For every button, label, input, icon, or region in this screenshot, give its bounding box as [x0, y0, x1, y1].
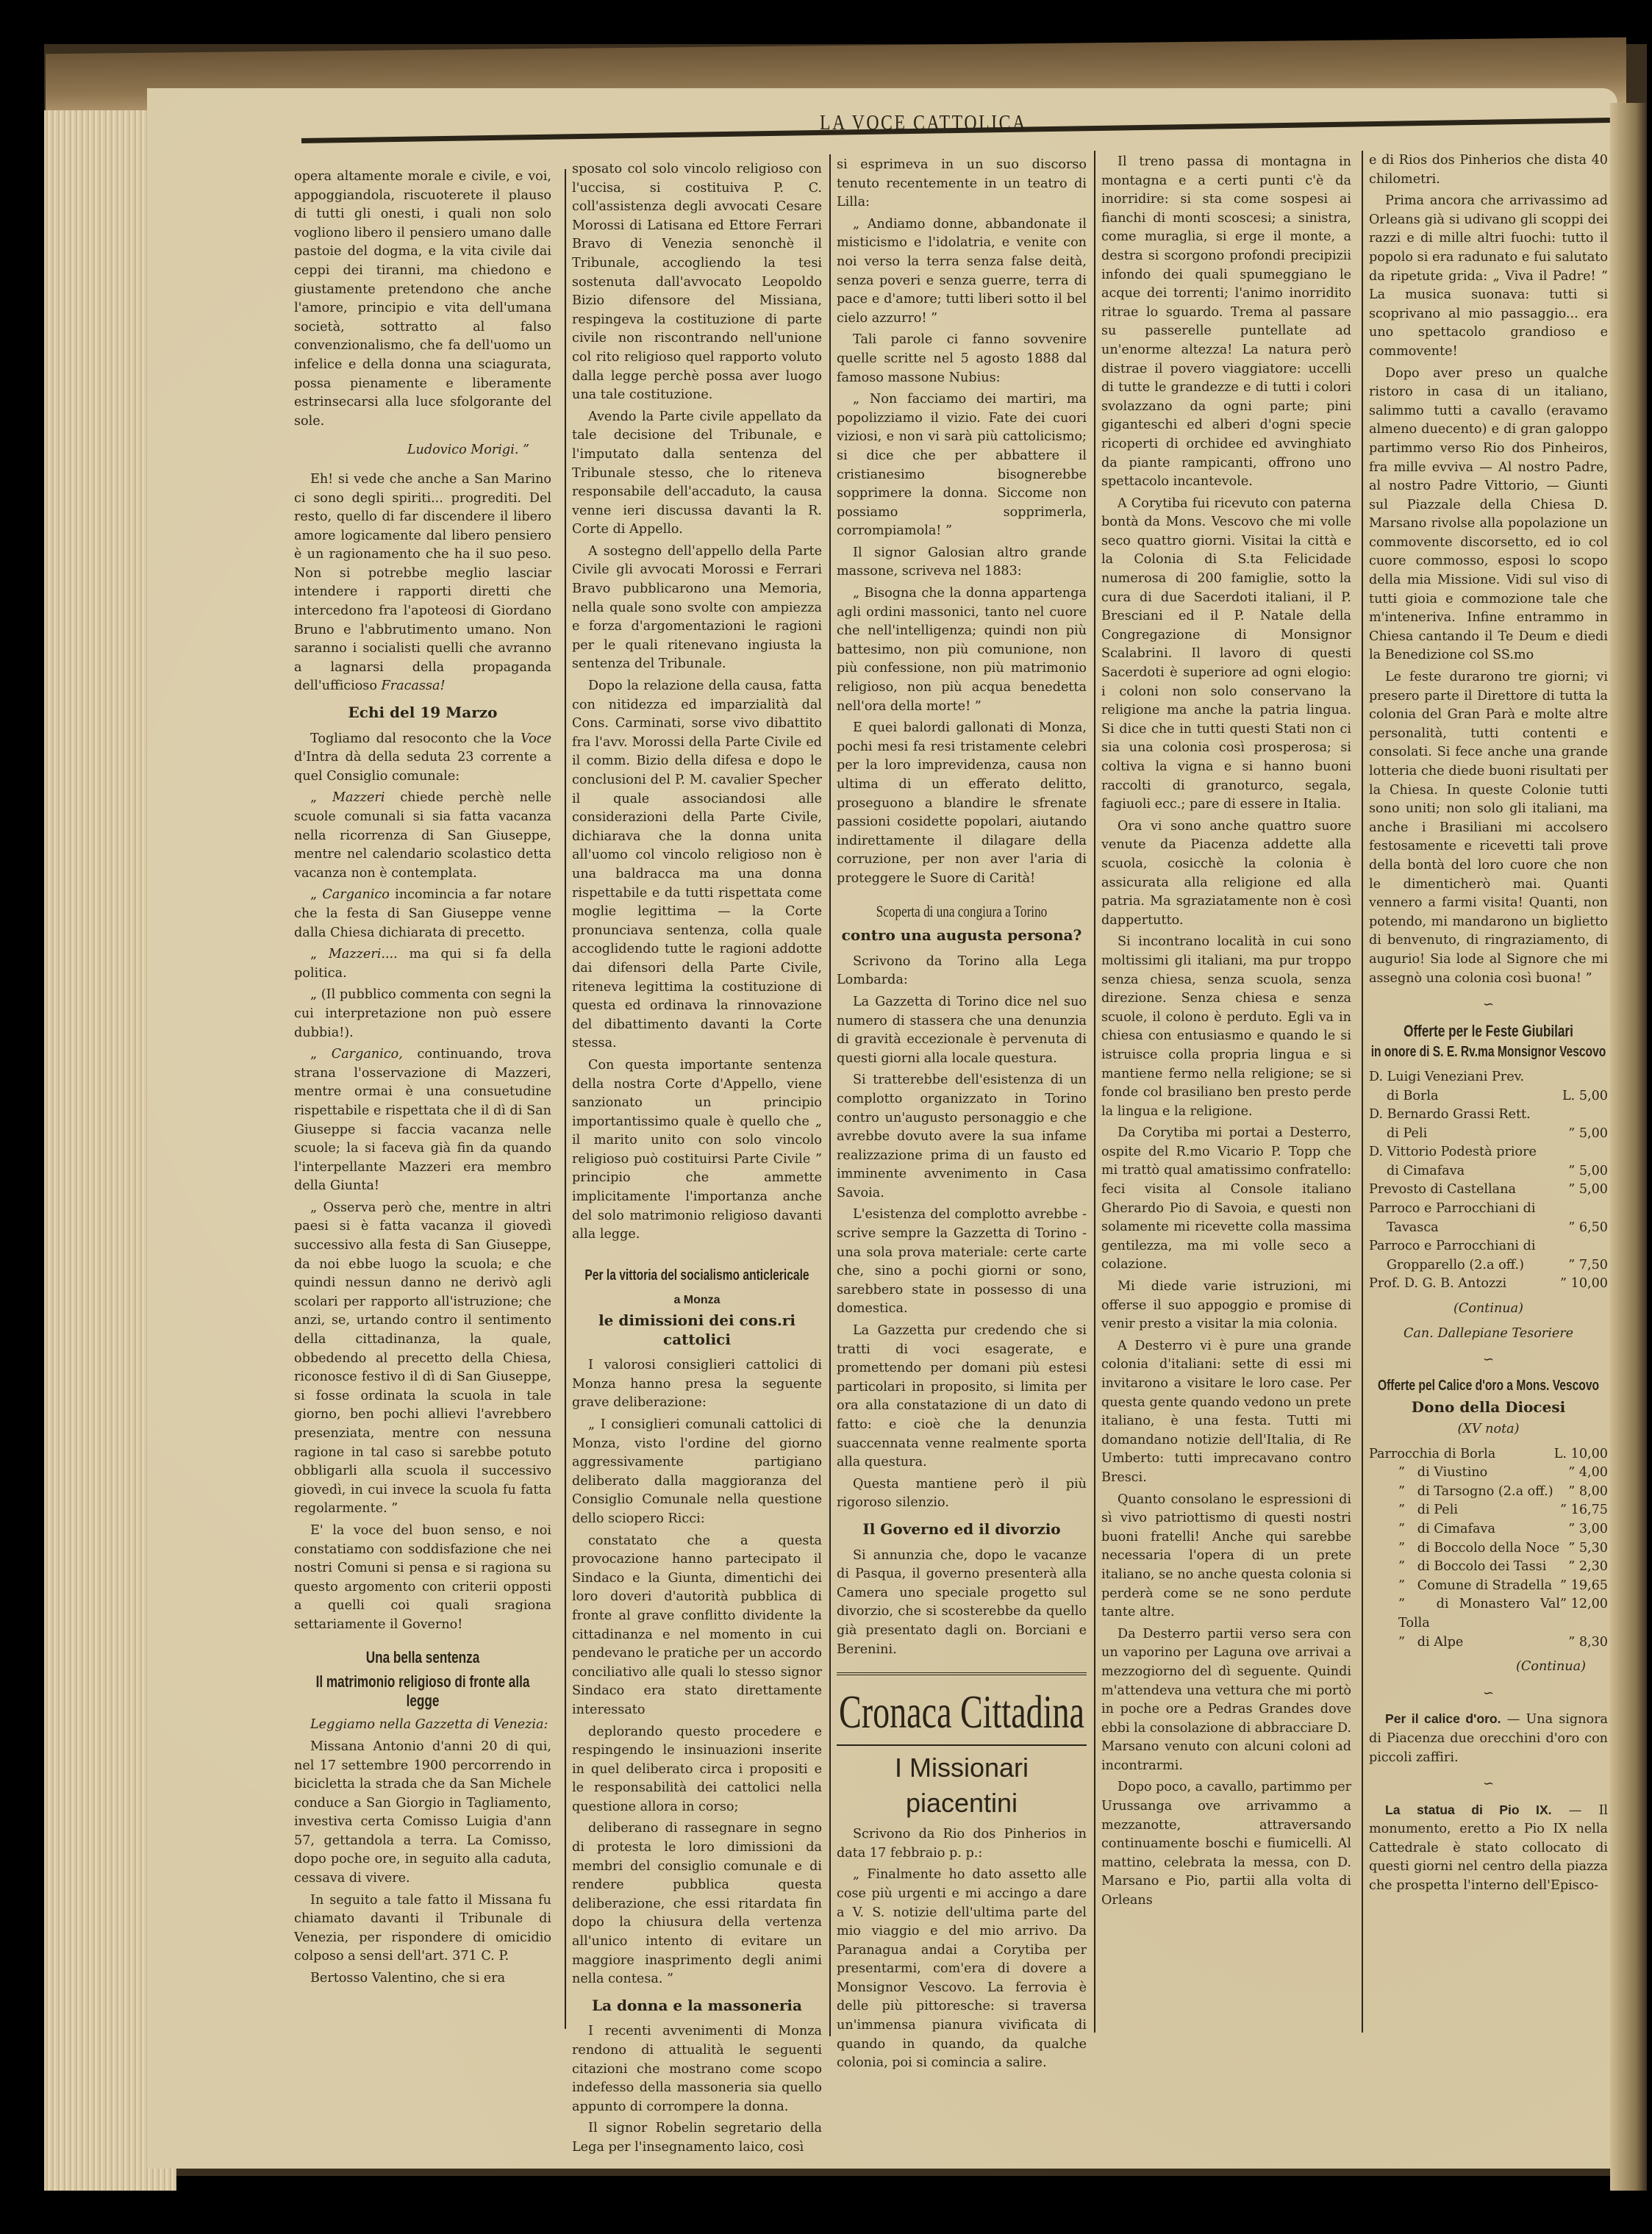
- heading-missionari-piacentini: I Missionari piacentini: [837, 1750, 1087, 1821]
- offerte-calice-list: Parrocchia di BorlaL. 10,00 ” di Viustin…: [1369, 1445, 1608, 1653]
- article-paragraph: Avendo la Parte civile appellato da tale…: [572, 408, 822, 540]
- article-paragraph: Dopo poco, a cavallo, partimmo per Uruss…: [1101, 1778, 1351, 1910]
- column-4: Il treno passa di montagna in montagna e…: [1101, 153, 1351, 1913]
- continua-label: (Continua): [1369, 1658, 1586, 1677]
- section-title-cronaca-cittadina: Cronaca Cittadina: [829, 1683, 1094, 1741]
- article-paragraph: Leggiamo nella Gazzetta di Venezia:: [294, 1716, 551, 1735]
- quote-paragraph: „ Bisogna che la donna appartenga agli o…: [837, 584, 1087, 716]
- article-paragraph: Scrivono da Torino alla Lega Lombarda:: [837, 953, 1087, 990]
- ornament-icon: ∽: [1369, 1775, 1608, 1794]
- article-paragraph: Le feste durarono tre giorni; vi presero…: [1369, 668, 1608, 988]
- article-paragraph: Quanto consolano le espressioni di sì vi…: [1101, 1491, 1351, 1622]
- column-divider: [1362, 151, 1363, 2033]
- article-paragraph: Il signor Galosian altro grande massone,…: [837, 544, 1087, 581]
- tesoriere-signature: Can. Dallepiane Tesoriere: [1369, 1325, 1608, 1344]
- list-item: Parroco e Parrocchiani diGropparello (2.…: [1369, 1237, 1608, 1275]
- column-3: si esprimeva in un suo discorso tenuto r…: [837, 156, 1087, 2076]
- article-paragraph: constatato che a questa provocazione han…: [572, 1532, 822, 1720]
- article-paragraph: Il signor Robelin segretario della Lega …: [572, 2119, 822, 2157]
- article-paragraph: Togliamo dal resoconto che la Voce d'Int…: [294, 730, 551, 787]
- masthead: LA VOCE CATTOLICA: [301, 103, 1610, 147]
- quote-paragraph: „ Mazzeri.... ma qui si fa della politic…: [294, 945, 551, 983]
- quote-paragraph: „ Osserva però che, mentre in altri paes…: [294, 1199, 551, 1519]
- article-paragraph: Questa mantiene però il più rigoroso sil…: [837, 1475, 1087, 1513]
- heading-dimissioni: le dimissioni dei cons.ri cattolici: [572, 1311, 822, 1349]
- column-divider: [1094, 151, 1095, 2033]
- article-paragraph: Il treno passa di montagna in montagna e…: [1101, 153, 1351, 492]
- heading-a-monza: a Monza: [572, 1291, 822, 1310]
- heading-una-bella-sentenza: Una bella sentenza: [299, 1648, 546, 1667]
- article-paragraph: Missana Antonio d'anni 20 di qui, nel 17…: [294, 1738, 551, 1888]
- article-paragraph: I valorosi consiglieri cattolici di Monz…: [572, 1356, 822, 1413]
- list-item: Parroco e Parrocchiani diTavasca” 6,50: [1369, 1200, 1608, 1237]
- list-item: Parrocchia di BorlaL. 10,00: [1369, 1445, 1608, 1464]
- list-item: D. Vittorio Podestà prioredi Cimafava” 5…: [1369, 1143, 1608, 1181]
- article-paragraph: Eh! si vede che anche a San Marino ci so…: [294, 470, 551, 696]
- heading-donna-massoneria: La donna e la massoneria: [572, 1997, 822, 2016]
- list-item: Prof. D. G. B. Antozzi” 10,00: [1369, 1275, 1608, 1294]
- list-item: D. Bernardo Grassi Rett.di Peli” 5,00: [1369, 1106, 1608, 1143]
- article-paragraph: In seguito a tale fatto il Missana fu ch…: [294, 1891, 551, 1966]
- article-paragraph: opera altamente morale e civile, e voi, …: [294, 168, 551, 431]
- list-item: ” di Peli” 16,75: [1369, 1501, 1608, 1520]
- heading-governo-divorzio: Il Governo ed il divorzio: [837, 1520, 1087, 1539]
- article-paragraph: Dopo la relazione della causa, fatta con…: [572, 677, 822, 1053]
- list-item: ” di Monastero Val Tolla” 12,00: [1369, 1595, 1608, 1633]
- heading-in-onore: in onore di S. E. Rv.ma Monsignor Vescov…: [1367, 1043, 1611, 1062]
- article-paragraph: Si incontrano località in cui sono molti…: [1101, 933, 1351, 1121]
- heading-augusta-persona: contro una augusta persona?: [837, 926, 1087, 945]
- article-paragraph: Tali parole ci fanno sovvenire quelle sc…: [837, 331, 1087, 387]
- list-item: ” di Cimafava” 3,00: [1369, 1520, 1608, 1539]
- heading-scoperta-congiura: Scoperta di una congiura a Torino: [841, 902, 1082, 921]
- article-paragraph: Scrivono da Rio dos Pinherios in data 17…: [837, 1825, 1087, 1863]
- page-curl: [1610, 103, 1647, 2191]
- column-divider: [829, 154, 831, 2036]
- quote-paragraph: „ Non facciamo dei martiri, ma popolizzi…: [837, 390, 1087, 541]
- ornament-icon: ∽: [1369, 1350, 1608, 1370]
- article-paragraph: Prima ancora che arrivassimo ad Orleans …: [1369, 192, 1608, 361]
- quote-paragraph: „ (Il pubblico commenta con segni la cui…: [294, 986, 551, 1042]
- column-5: e di Rios dos Pinherios che dista 40 chi…: [1369, 151, 1608, 1899]
- quote-paragraph: „ Carganico incomincia a far notare che …: [294, 886, 551, 942]
- quote-paragraph: „ Andiamo donne, abbandonate il misticis…: [837, 215, 1087, 329]
- signature: Ludovico Morigi. ”: [294, 441, 551, 460]
- article-paragraph: Bertosso Valentino, che si era: [294, 1969, 551, 1988]
- article-paragraph: E quei balordi gallonati di Monza, pochi…: [837, 719, 1087, 888]
- section-divider: [837, 1744, 1087, 1746]
- list-item: ” di Boccolo dei Tassi” 2,30: [1369, 1558, 1608, 1577]
- article-paragraph: deliberano di rassegnare in segno di pro…: [572, 1819, 822, 1988]
- offerte-feste-list: D. Luigi Veneziani Prev.di BorlaL. 5,00 …: [1369, 1068, 1608, 1294]
- article-paragraph: Ora vi sono anche quattro suore venute d…: [1101, 817, 1351, 931]
- list-item: ” di Viustino” 4,00: [1369, 1464, 1608, 1483]
- article-paragraph: Si tratterebbe dell'esistenza di un comp…: [837, 1071, 1087, 1203]
- ornament-icon: ∽: [1369, 995, 1608, 1014]
- heading-echi-19-marzo: Echi del 19 Marzo: [294, 704, 551, 723]
- article-paragraph: Da Corytiba mi portai a Desterro, ospite…: [1101, 1124, 1351, 1275]
- news-brief-calice: Per il calice d'oro. — Una signora di Pi…: [1369, 1710, 1608, 1767]
- continua-label: (Continua): [1369, 1300, 1608, 1319]
- article-paragraph: Dopo aver preso un qualche ristoro in ca…: [1369, 365, 1608, 666]
- heading-offerte-feste: Offerte per le Feste Giubilari: [1378, 1022, 1598, 1041]
- column-1: opera altamente morale e civile, e voi, …: [294, 168, 551, 1991]
- article-paragraph: A Corytiba fui ricevuto con paterna bont…: [1101, 495, 1351, 815]
- column-2: sposato col solo vincolo religioso con l…: [572, 160, 822, 2160]
- article-paragraph: deplorando questo procedere e respingend…: [572, 1723, 822, 1817]
- article-paragraph: La Gazzetta di Torino dice nel suo numer…: [837, 993, 1087, 1068]
- heading-offerte-calice: Offerte pel Calice d'oro a Mons. Vescovo: [1367, 1377, 1611, 1396]
- article-paragraph: A Desterro vi è pure una grande colonia …: [1101, 1337, 1351, 1488]
- article-paragraph: Si annunzia che, dopo le vacanze di Pasq…: [837, 1547, 1087, 1660]
- quote-paragraph: „ Mazzeri chiede perchè nelle scuole com…: [294, 789, 551, 883]
- article-paragraph: Da Desterro partii verso sera con un vap…: [1101, 1625, 1351, 1776]
- list-item: ” di Boccolo della Noce” 5,30: [1369, 1539, 1608, 1558]
- article-paragraph: „ I consiglieri comunali cattolici di Mo…: [572, 1416, 822, 1529]
- list-item: ” di Tarsogno (2.a off.)” 8,00: [1369, 1483, 1608, 1502]
- article-paragraph: sposato col solo vincolo religioso con l…: [572, 160, 822, 405]
- list-item: ” di Alpe” 8,30: [1369, 1633, 1608, 1653]
- article-paragraph: I recenti avvenimenti di Monza rendono d…: [572, 2022, 822, 2116]
- article-paragraph: e di Rios dos Pinherios che dista 40 chi…: [1369, 151, 1608, 189]
- article-paragraph: Con questa importante sentenza della nos…: [572, 1056, 822, 1245]
- article-paragraph: L'esistenza del complotto avrebbe - scri…: [837, 1206, 1087, 1319]
- heading-matrimonio-religioso: Il matrimonio religioso di fronte alla l…: [299, 1672, 546, 1710]
- article-paragraph: si esprimeva in un suo discorso tenuto r…: [837, 156, 1087, 212]
- list-item: Prevosto di Castellana” 5,00: [1369, 1181, 1608, 1200]
- article-paragraph: E' la voce del buon senso, e noi constat…: [294, 1522, 551, 1635]
- heading-vittoria-socialismo: Per la vittoria del socialismo anticleri…: [576, 1267, 818, 1286]
- list-item: D. Luigi Veneziani Prev.di BorlaL. 5,00: [1369, 1068, 1608, 1106]
- quote-paragraph: „ Carganico, continuando, trova strana l…: [294, 1045, 551, 1196]
- column-divider: [565, 169, 566, 2029]
- article-paragraph: Mi diede varie istruzioni, mi offerse il…: [1101, 1278, 1351, 1334]
- article-paragraph: A sostegno dell'appello della Parte Civi…: [572, 543, 822, 674]
- quote-paragraph: „ Finalmente ho dato assetto alle cose p…: [837, 1866, 1087, 2073]
- section-divider: [837, 1672, 1087, 1677]
- ornament-icon: ∽: [1369, 1684, 1608, 1703]
- nota-label: (XV nota): [1369, 1420, 1608, 1439]
- heading-dono-diocesi: Dono della Diocesi: [1369, 1398, 1608, 1417]
- article-paragraph: La Gazzetta pur credendo che si tratti d…: [837, 1322, 1087, 1472]
- list-item: ” Comune di Stradella” 19,65: [1369, 1577, 1608, 1596]
- news-brief-statua: La statua di Pio IX. — Il monumento, ere…: [1369, 1801, 1608, 1896]
